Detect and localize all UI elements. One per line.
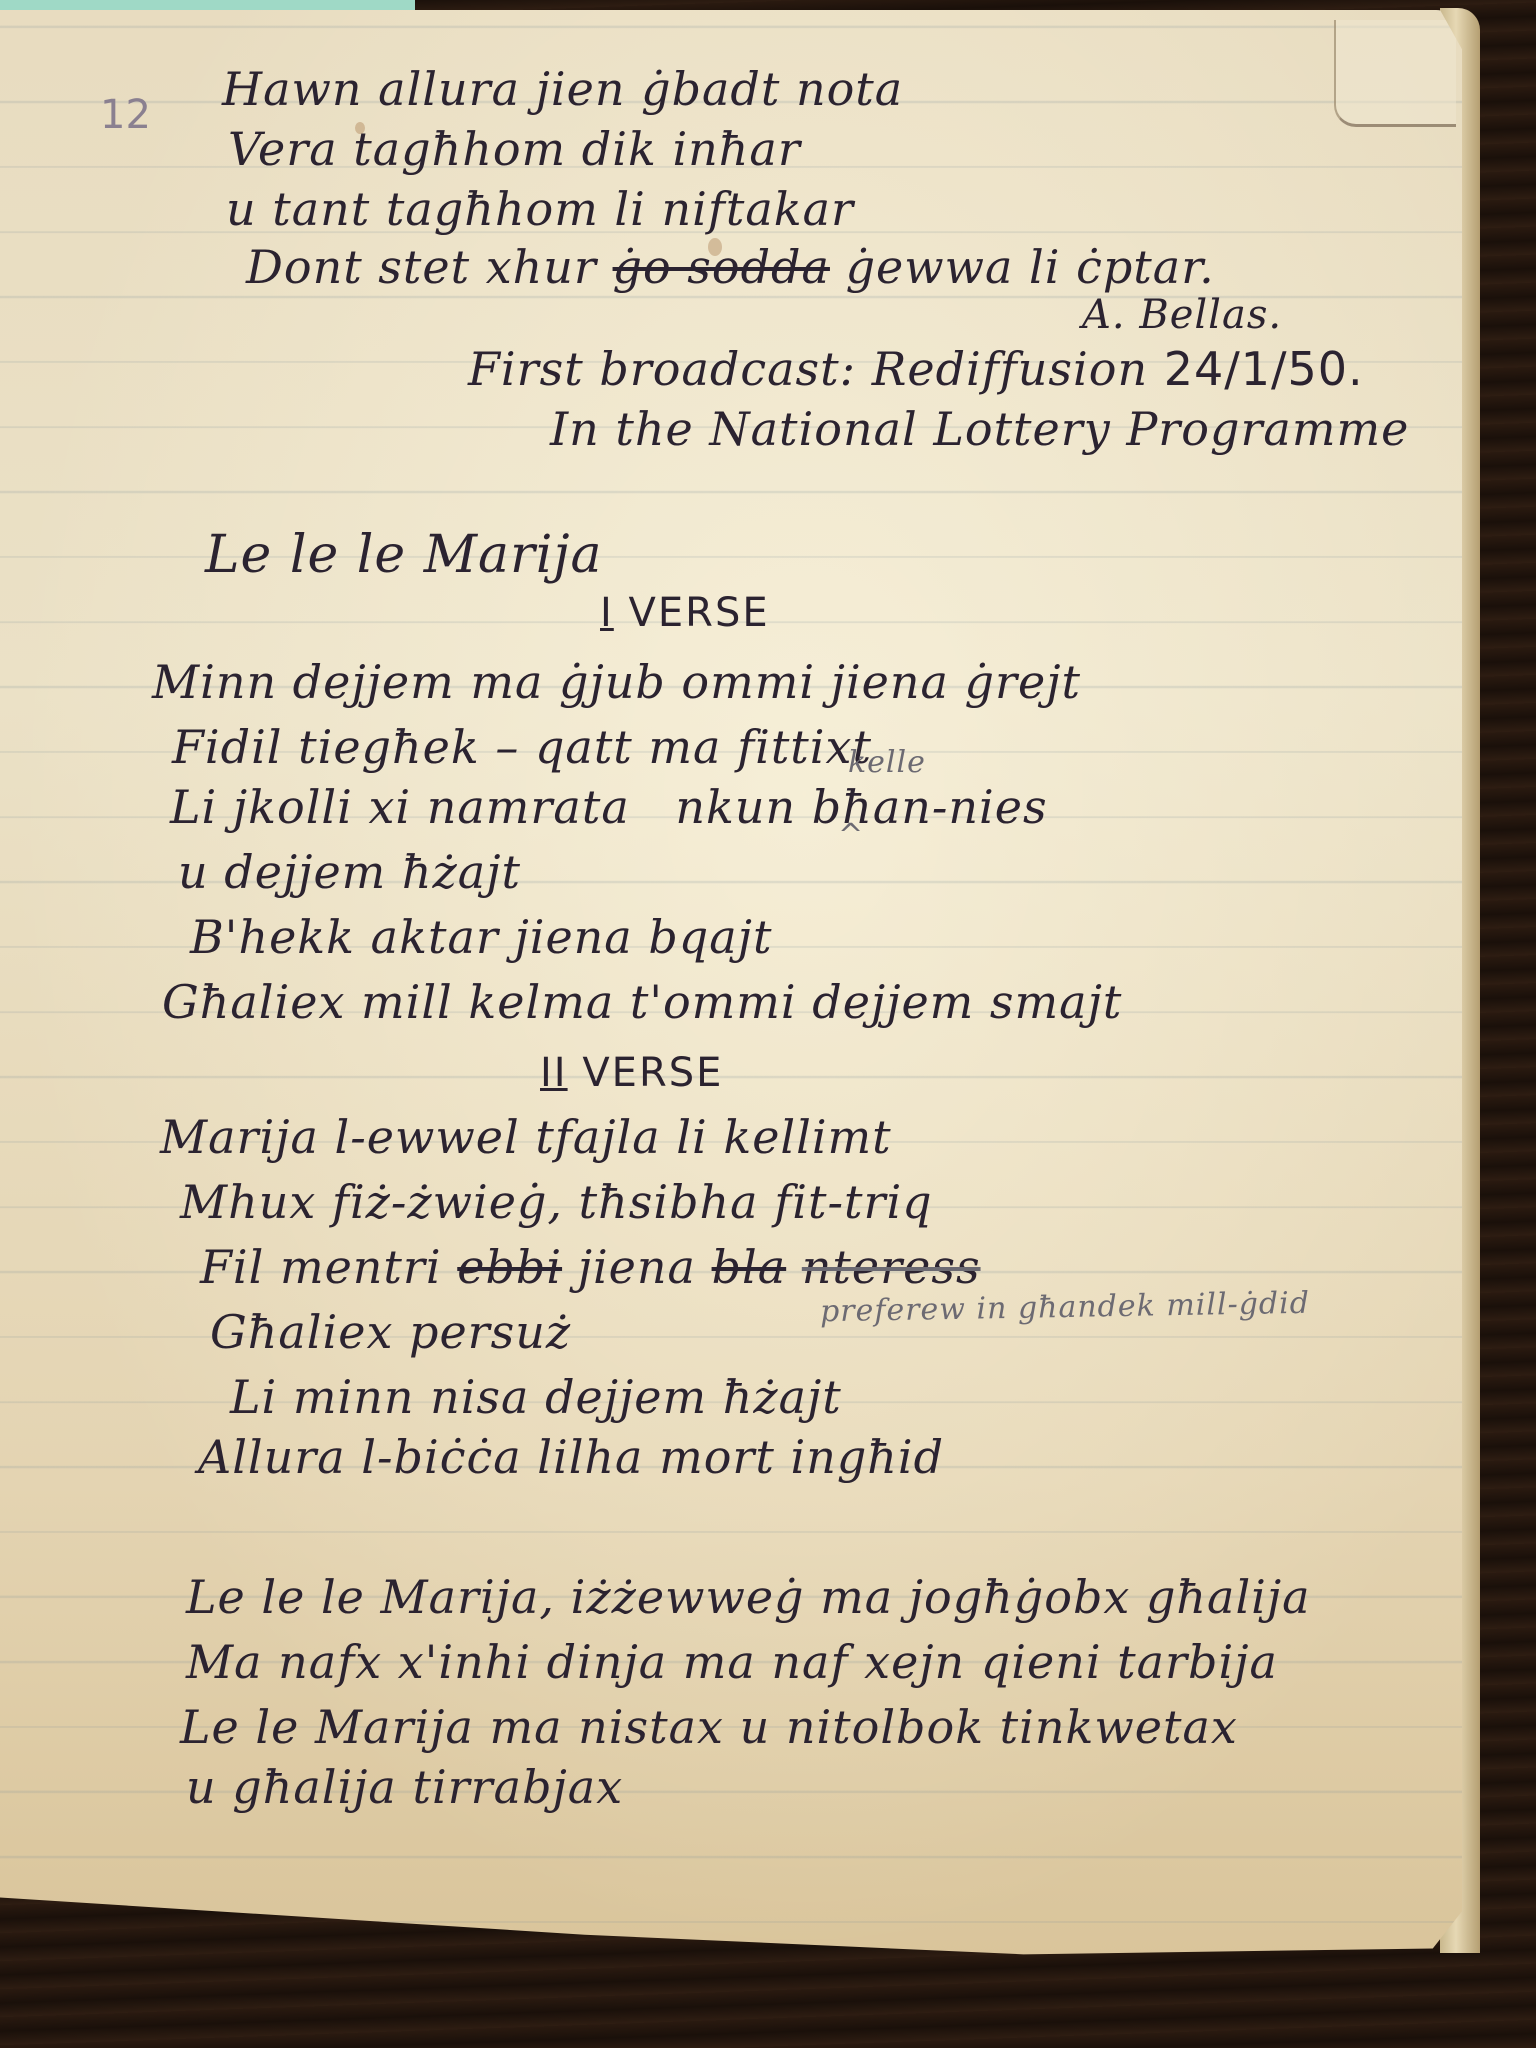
verse-1-line-6: Għaliex mill kelma t'ommi dejjem smajt	[162, 975, 1122, 1029]
verse-2-line-3: Fil mentri ebbi jiena bla nteress	[200, 1240, 981, 1294]
verse-1-line-4: u dejjem ħżajt	[178, 845, 521, 899]
pencil-struck-text: nteress	[802, 1240, 981, 1294]
song-title: Le le le Marija	[205, 525, 603, 585]
chorus-line-1: Le le le Marija, iżżewweġ ma jogħġobx għ…	[186, 1570, 1311, 1624]
opening-line-1: Hawn allura jien ġbadt nota	[222, 62, 903, 116]
verse-2-line-5: Li minn nisa dejjem ħżajt	[230, 1370, 842, 1424]
verse-1-numeral: I	[600, 590, 614, 636]
verse-2-label: VERSE	[582, 1050, 723, 1096]
verse-1-line-3: Li jkolli xi namrata nkun bħan-nies	[170, 780, 1048, 834]
pencil-insertion: kelle	[848, 745, 926, 780]
verse-2-heading: II VERSE	[540, 1050, 723, 1096]
signature: A. Bellas.	[1082, 292, 1282, 338]
opening-line-4-start: Dont stet xhur	[246, 240, 597, 294]
verse-2-line-2: Mhux fiż-żwieġ, tħsibha fit-triq	[180, 1175, 933, 1229]
chorus-line-3: Le le Marija ma nistax u nitolbok tinkwe…	[180, 1700, 1238, 1754]
broadcast-prefix: First broadcast: Rediffusion	[468, 342, 1148, 396]
page-corner-tab	[1334, 20, 1456, 127]
broadcast-line-2: In the National Lottery Programme	[550, 402, 1409, 456]
verse-2-line-4: Għaliex persuż	[210, 1305, 571, 1359]
broadcast-line-1: First broadcast: Rediffusion 24/1/50.	[468, 342, 1364, 396]
verse-1-line-5: B'hekk aktar jiena bqajt	[190, 910, 772, 964]
verse-2-numeral: II	[540, 1050, 568, 1096]
photo-scene: 12 Hawn allura jien ġbadt nota Vera tagħ…	[0, 0, 1536, 2048]
verse-1-line-3-start: Li jkolli xi namrata	[170, 780, 630, 834]
verse-1-label: VERSE	[629, 590, 770, 636]
verse-1-line-3-end: nkun bħan-nies	[675, 780, 1047, 834]
chorus-line-2: Ma nafx x'inhi dinja ma naf xejn qieni t…	[186, 1635, 1278, 1689]
notebook-page: 12 Hawn allura jien ġbadt nota Vera tagħ…	[0, 10, 1462, 1970]
broadcast-date: 24/1/50.	[1164, 342, 1364, 396]
verse-2-line-6: Allura l-biċċa lilha mort ingħid	[198, 1430, 944, 1484]
opening-line-4-end: ġewwa li ċptar.	[846, 240, 1215, 294]
opening-line-2: Vera tagħhom dik inħar	[228, 122, 801, 176]
opening-line-3: u tant tagħhom li niftakar	[226, 182, 854, 236]
struck-text: ġo sodda	[613, 240, 830, 294]
verse-1-line-2: Fidil tiegħek – qatt ma fittixt	[172, 720, 872, 774]
struck-text: ebbi	[457, 1240, 562, 1294]
opening-line-4: Dont stet xhur ġo sodda ġewwa li ċptar.	[246, 240, 1215, 294]
chorus-line-4: u għalija tirrabjax	[186, 1760, 623, 1814]
struck-text: bla	[712, 1240, 787, 1294]
verse-1-heading: I VERSE	[600, 590, 770, 636]
verse-2-line-1: Marija l-ewwel tfajla li kellimt	[160, 1110, 892, 1164]
page-number: 12	[100, 92, 151, 138]
verse-2-line-3-mid: jiena	[578, 1240, 696, 1294]
verse-1-line-1: Minn dejjem ma ġjub ommi jiena ġrejt	[152, 655, 1081, 709]
verse-2-line-3-start: Fil mentri	[200, 1240, 442, 1294]
